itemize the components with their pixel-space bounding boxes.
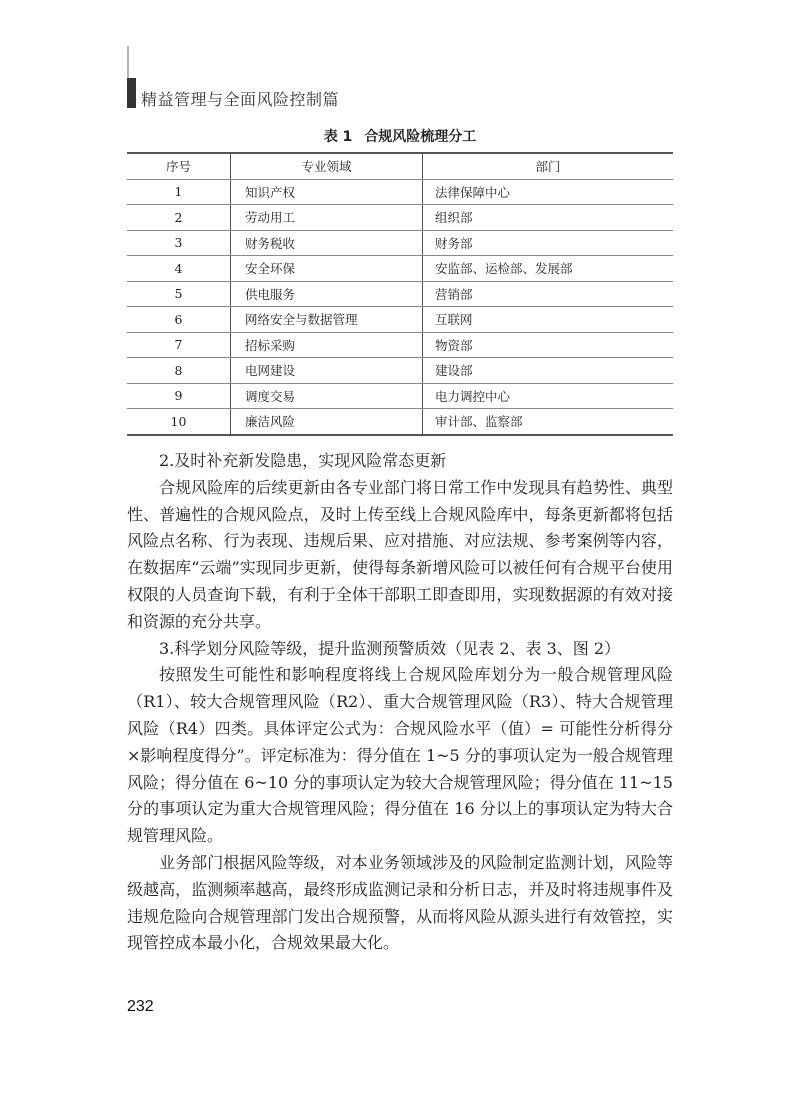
section-heading-2: 2.及时补充新发隐患，实现风险常态更新: [127, 448, 673, 475]
cell-dept: 营销部: [423, 281, 674, 307]
table-row: 6 网络安全与数据管理 互联网: [127, 307, 673, 333]
running-title: 精益管理与全面风险控制篇: [141, 87, 339, 110]
cell-dept: 建设部: [423, 358, 674, 384]
cell-dept: 法律保障中心: [423, 179, 674, 205]
table-row: 1 知识产权 法律保障中心: [127, 179, 673, 205]
table-row: 5 供电服务 营销部: [127, 281, 673, 307]
table-header-row: 序号 专业领域 部门: [127, 153, 673, 179]
header-rule-line: [127, 46, 129, 78]
cell-field: 招标采购: [231, 332, 423, 358]
column-header-field: 专业领域: [231, 153, 423, 179]
cell-dept: 财务部: [423, 230, 674, 256]
body-text: 2.及时补充新发隐患，实现风险常态更新 合规风险库的后续更新由各专业部门将日常工…: [127, 448, 673, 957]
table-row: 3 财务税收 财务部: [127, 230, 673, 256]
risk-division-table: 序号 专业领域 部门 1 知识产权 法律保障中心 2 劳动用工 组织部 3 财务…: [127, 152, 673, 436]
header-marker-bar: [127, 78, 136, 108]
column-header-no: 序号: [127, 153, 231, 179]
cell-no: 10: [127, 409, 231, 435]
cell-field: 网络安全与数据管理: [231, 307, 423, 333]
cell-no: 6: [127, 307, 231, 333]
cell-field: 供电服务: [231, 281, 423, 307]
cell-no: 3: [127, 230, 231, 256]
cell-no: 2: [127, 205, 231, 231]
column-header-dept: 部门: [423, 153, 674, 179]
table-caption-number: 表 1: [324, 129, 353, 145]
cell-no: 8: [127, 358, 231, 384]
table-row: 4 安全环保 安监部、运检部、发展部: [127, 256, 673, 282]
cell-field: 电网建设: [231, 358, 423, 384]
table-caption-title: 合规风险梳理分工: [364, 129, 476, 145]
table-row: 9 调度交易 电力调控中心: [127, 383, 673, 409]
paragraph-risk-update: 合规风险库的后续更新由各专业部门将日常工作中发现具有趋势性、典型性、普遍性的合规…: [127, 475, 673, 636]
cell-field: 知识产权: [231, 179, 423, 205]
table-row: 7 招标采购 物资部: [127, 332, 673, 358]
paragraph-risk-monitoring: 业务部门根据风险等级，对本业务领域涉及的风险制定监测计划，风险等级越高，监测频率…: [127, 850, 673, 957]
cell-no: 1: [127, 179, 231, 205]
page-number: 232: [127, 998, 154, 1016]
cell-field: 调度交易: [231, 383, 423, 409]
table-caption: 表 1合规风险梳理分工: [0, 126, 800, 146]
table-row: 8 电网建设 建设部: [127, 358, 673, 384]
cell-dept: 安监部、运检部、发展部: [423, 256, 674, 282]
cell-field: 财务税收: [231, 230, 423, 256]
cell-dept: 互联网: [423, 307, 674, 333]
cell-dept: 物资部: [423, 332, 674, 358]
cell-field: 廉洁风险: [231, 409, 423, 435]
cell-no: 5: [127, 281, 231, 307]
section-heading-3: 3.科学划分风险等级，提升监测预警质效（见表 2、表 3、图 2）: [127, 636, 673, 663]
cell-no: 7: [127, 332, 231, 358]
paragraph-risk-levels: 按照发生可能性和影响程度将线上合规风险库划分为一般合规管理风险（R1）、较大合规…: [127, 662, 673, 850]
table-row: 2 劳动用工 组织部: [127, 205, 673, 231]
cell-dept: 审计部、监察部: [423, 409, 674, 435]
cell-no: 4: [127, 256, 231, 282]
cell-dept: 组织部: [423, 205, 674, 231]
cell-no: 9: [127, 383, 231, 409]
cell-dept: 电力调控中心: [423, 383, 674, 409]
cell-field: 劳动用工: [231, 205, 423, 231]
cell-field: 安全环保: [231, 256, 423, 282]
table-row: 10 廉洁风险 审计部、监察部: [127, 409, 673, 435]
